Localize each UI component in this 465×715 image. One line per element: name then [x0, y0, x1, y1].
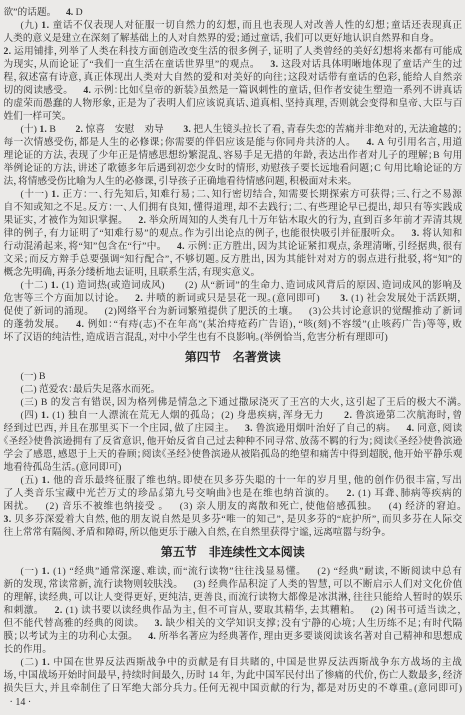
answer-line-text: 举例论证的方法，讲述了歌德多年后遇到初恋少女时的情形，劝慰孩子要长远地看问题；C…	[4, 163, 463, 174]
answer-line-text: 程，叙述富有诗意，真正体现出人类对大自然的爱和对美好的向往；这段对话带有童话的色…	[4, 72, 463, 83]
answer-line-text: (二) 范爱农：最后失足落水而死。	[20, 384, 155, 395]
answer-line-text: 2. 运用铺排，列举了人类在科技方面创造改变生活的很多例子，证明了人类曾经的美好…	[4, 46, 463, 57]
answer-line: 膜；以考试为主的功利心太强。 4. 所举名著应为经典著作，理由更多要谈阅读该名著…	[4, 630, 463, 643]
answer-line: 往上常常有隔阂、矛盾和障碍，所以他更乐于融入自然，在自然里获得宁谧，远离喧嚣与纷…	[4, 526, 463, 539]
answer-line-text: 切的阅读感受。 4. 示例：比如《皇帝的新装》虽然是一篇讽刺性的童话，但作者安徒…	[4, 85, 463, 96]
answer-line-text: (十一) 1. 正方：一、行先知后，知难行易；二、知行密切结合，知需要长期探索方…	[20, 189, 462, 200]
answer-block-5: (五) 1. 他的音乐最终征服了维也纳。即使在贝多芬失聪的十一年的岁月里，他的创…	[4, 474, 463, 539]
answer-line: (十) 1. B 2. 惊喜 安慰 劝导 3. 把人生镜头拉长了看，青春失恋的苦…	[4, 123, 463, 136]
answer-line-text: 学会了感恩，感恩于上天的眷顾；阅读《圣经》使鲁滨逊从被陷孤岛的绝望和痛苦中得到超…	[4, 449, 463, 460]
answer-line: 的蓬勃发展。 4. 例如：“有痔(志)不在年高”(某治痔疮药广告语)，“咳(刻)…	[4, 318, 463, 331]
answer-line-text: 的虚荣而愚蠢的人物形象，正是为了表明人们应该说真话、道真相、坚持真理，否则就会变…	[4, 98, 463, 109]
answer-line: 的虚荣而愚蠢的人物形象，正是为了表明人们应该说真话、道真相、坚持真理，否则就会变…	[4, 97, 463, 110]
answer-line: 欲”的话题。 4. D	[4, 6, 463, 19]
answer-line: 程，叙述富有诗意，真正体现出人类对大自然的爱和对美好的向往；这段对话带有童话的色…	[4, 71, 463, 84]
answer-key-page: 欲”的话题。 4. D (九) 1. 童话不仅表现人对征服一切自然力的幻想，而且…	[0, 0, 465, 715]
answer-line: 果证实，才被作为知识掌握。 2. 举众所周知的人类有几十万年钻木取火的行为，直到…	[4, 214, 463, 227]
answer-block-12: (十二) 1. (1) 造词热(或造词成风) (2) 从“新词”的生命力、造词成…	[4, 279, 463, 344]
answer-block-9: (九) 1. 童话不仅表现人对征服一切自然力的幻想，而且也表现人对改善人性的幻想…	[4, 19, 463, 123]
answer-line: (五) 1. 他的音乐最终征服了维也纳。即使在贝多芬失聪的十一年的岁月里，他的创…	[4, 474, 463, 487]
answer-line: 2. 运用铺排，列举了人类在科技方面创造改变生活的很多例子，证明了人类曾经的美好…	[4, 45, 463, 58]
answer-line-text: 促使了新词的涌现。 (2)网络平台为新词繁殖提供了肥沃的土壤。 (3)公共讨论意…	[4, 306, 463, 317]
answer-line: 人类的意义是建立在深刻了解基础上的人对自然界的爱；通过童话，我们可以更好地认识自…	[4, 32, 463, 45]
answer-line-text: 自不知或知之不足。反方：一、人们拥有良知，懂得道理，却不去践行；二、有些理论早已…	[4, 202, 463, 213]
answer-line-text: 的蓬勃发展。 4. 例如：“有痔(志)不在年高”(某治痔疮药广告语)，“咳(刻)…	[4, 319, 463, 330]
answer-line: 律的例子，有力证明了“知难行易”的观点。作为引出论点的例子，也能很快吸引并征服听…	[4, 227, 463, 240]
answer-block-1: (一) B	[4, 370, 463, 383]
answer-line: 举例论证的方法，讲述了歌德多年后遇到初恋少女时的情形，劝慰孩子要长远地看问题；C…	[4, 162, 463, 175]
answer-line: (一) B	[4, 370, 463, 383]
answer-line-text: 姓们一样可笑。	[4, 111, 67, 122]
answer-line-text: 的理解，读经典，可以让人变得更好，更纯洁，更善良，而流行读物大都像是冰淇淋，往往…	[4, 592, 463, 603]
answer-line-text: 但不能代替高雅的经典的阅读。 3. 缺少相关的文学知识支撑；没有宁静的心境；人生…	[4, 618, 463, 629]
answer-line: (二) 范爱农：最后失足落水而死。	[4, 383, 463, 396]
answer-line-text: 法，将情感受伤比喻为人生的必修课，引导孩子正确地看待情感问题，积极面对未来。	[4, 176, 353, 187]
answer-line-text: 3. 贝多芬深爱着大自然，他的朋友说自然是贝多芬“唯一的知己”，是贝多芬的“庇护…	[4, 514, 463, 525]
answer-line-text: 每一次情感受伤，都是人生的必修课；你需要的伴侣应该是能与你同舟共济的人。 4. …	[4, 137, 463, 148]
answer-line: 的理解，读经典，可以让人变得更好，更纯洁，更善良，而流行读物大都像是冰淇淋，往往…	[4, 591, 463, 604]
answer-line: (三) B 的发言有错误，因为格列佛是情急之下通过撒尿浇灭了王宫的大火，这引起了…	[4, 396, 463, 409]
answer-line-text: 地看待孤岛生活。(意同即可)	[4, 462, 122, 473]
answer-line: 理论证的方法，表现了少年正是情感思想纷繁混乱、容易手足无措的年龄，表达出作者对儿…	[4, 149, 463, 162]
answer-line: 损失巨大，并且牵制住了日军绝大部分兵力。任何无视中国贡献的行为，都是对历史的不尊…	[4, 682, 463, 695]
answer-line: 场，中国战场开始时间最早，持续时间最久，历时 14 年，为此中国军民付出了惨痛的…	[4, 669, 463, 682]
answer-line: (一) 1. (1) “经典”通常深邃、难读，而“流行读物”往往浅显易懂。 (2…	[4, 565, 463, 578]
answer-line: 促使了新词的涌现。 (2)网络平台为新词繁殖提供了肥沃的土壤。 (3)公共讨论意…	[4, 305, 463, 318]
answer-block-2: (二) 1. 中国在世界反法西斯战争中的贡献是有目共睹的，中国是世界反法西斯战争…	[4, 656, 463, 695]
answer-block-11: (十一) 1. 正方：一、行先知后，知难行易；二、知行密切结合，知需要长期探索方…	[4, 188, 463, 279]
answer-line-text: 文采；而反方辩手总要强调“知行配合”，不够切题。反方胜出，因为其能针对对方的弱点…	[4, 254, 463, 265]
answer-line-text: (二) 1. 中国在世界反法西斯战争中的贡献是有目共睹的，中国是世界反法西斯战争…	[20, 657, 462, 668]
answer-line-text: 行动混淆起来，将“知”包含在“行”中。 4. 示例：正方胜出，因为其论证紧扣观点…	[4, 241, 463, 252]
answer-line-text: 了人类音乐宝藏中光芒万丈的珍品。《第九号交响曲》也是在维也纳首演的。 2. (1…	[4, 488, 463, 499]
answer-line-text: (九) 1. 童话不仅表现人对征服一切自然力的幻想，而且也表现人对改善人性的幻想…	[20, 20, 462, 31]
answer-line-text: 律的例子，有力证明了“知难行易”的观点。作为引出论点的例子，也能很快吸引并征服听…	[4, 228, 463, 239]
page-number: · 14 ·	[4, 696, 463, 710]
answer-block-1: (一) 1. (1) “经典”通常深邃、难读，而“流行读物”往往浅显易懂。 (2…	[4, 565, 463, 656]
answer-line: 地看待孤岛生活。(意同即可)	[4, 461, 463, 474]
answer-line: 经到过巴西，并且在那里买下一个庄园，做了庄园主。 3. 鲁滨逊用烟叶治好了自己的…	[4, 422, 463, 435]
answer-line-text: 坏了汉语的纯洁性，造成语言混乱，对中小学生也有不良影响。(举例恰当，危害分析有理…	[4, 332, 388, 343]
answer-line: (十一) 1. 正方：一、行先知后，知难行易；二、知行密切结合，知需要长期探索方…	[4, 188, 463, 201]
answer-block-10: (十) 1. B 2. 惊喜 安慰 劝导 3. 把人生镜头拉长了看，青春失恋的苦…	[4, 123, 463, 188]
answer-line: 长的作用。	[4, 643, 463, 656]
answer-line-text: (一) 1. (1) “经典”通常深邃、难读，而“流行读物”往往浅显易懂。 (2…	[20, 566, 462, 577]
answer-line: 切的阅读感受。 4. 示例：比如《皇帝的新装》虽然是一篇讽刺性的童话，但作者安徒…	[4, 84, 463, 97]
answer-line-text: 经到过巴西，并且在那里买下一个庄园，做了庄园主。 3. 鲁滨逊用烟叶治好了自己的…	[4, 423, 463, 434]
answer-line-text: (五) 1. 他的音乐最终征服了维也纳。即使在贝多芬失聪的十一年的岁月里，他的创…	[20, 475, 462, 486]
answer-line-text: 和刺激。 2. (1) 读书要以读经典作品为主，但不可盲从，要取其精华，去其糟粕…	[4, 605, 463, 616]
answer-line: 行动混淆起来，将“知”包含在“行”中。 4. 示例：正方胜出，因为其论证紧扣观点…	[4, 240, 463, 253]
answer-block-2: (二) 范爱农：最后失足落水而死。	[4, 383, 463, 396]
answer-line-text: 往上常常有隔阂、矛盾和障碍，所以他更乐于融入自然，在自然里获得宁谧，远离喧嚣与纷…	[4, 527, 387, 538]
answer-line: (九) 1. 童话不仅表现人对征服一切自然力的幻想，而且也表现人对改善人性的幻想…	[4, 19, 463, 32]
answer-line-text: 概念先明确，再条分缕析地去证明，且联系生活，有现实意义。	[4, 267, 256, 278]
answer-line-text: 场，中国战场开始时间最早，持续时间最久，历时 14 年，为此中国军民付出了惨痛的…	[4, 670, 463, 681]
answer-block-continuation: 欲”的话题。 4. D	[4, 6, 463, 19]
answer-line: 法，将情感受伤比喻为人生的必修课，引导孩子正确地看待情感问题，积极面对未来。	[4, 175, 463, 188]
answer-line: 了人类音乐宝藏中光芒万丈的珍品。《第九号交响曲》也是在维也纳首演的。 2. (1…	[4, 487, 463, 500]
answer-line-text: 果证实，才被作为知识掌握。 2. 举众所周知的人类有几十万年钻木取火的行为，直到…	[4, 215, 463, 226]
answer-line: (四) 1. (1) 独自一人漂流在荒无人烟的孤岛； (2) 身患疾病，浑身无力…	[4, 409, 463, 422]
answer-line-text: 长的作用。	[4, 644, 48, 655]
answer-line: 姓们一样可笑。	[4, 110, 463, 123]
answer-line: 自不知或知之不足。反方：一、人们拥有良知，懂得道理，却不去践行；二、有些理论早已…	[4, 201, 463, 214]
answer-line: 困扰。 (2) 音乐不被维也纳接受 。 (3) 亲人朋友的离散和死亡，使他倍感孤…	[4, 500, 463, 513]
section-heading-classics: 第四节 名著赏读	[4, 344, 463, 370]
answer-line: 《圣经》使鲁滨逊拥有了反省意识，他开始反省自己过去种种不同寻常、放荡不羁的行为；…	[4, 435, 463, 448]
answer-line-text: 危害等三个方面加以讨论。 2. 井喷的新词或只是昙花一现。(意同即可) 3. (…	[4, 293, 463, 304]
answer-block-4: (四) 1. (1) 独自一人漂流在荒无人烟的孤岛； (2) 身患疾病，浑身无力…	[4, 409, 463, 474]
answer-line-text: 为现实，从而论证了“我们一直生活在童话世界里”的观点。 3. 这段对话具体明晰地…	[4, 59, 463, 70]
answer-line: 和刺激。 2. (1) 读书要以读经典作品为主，但不可盲从，要取其精华，去其糟粕…	[4, 604, 463, 617]
answer-line-text: 理论证的方法，表现了少年正是情感思想纷繁混乱、容易手足无措的年龄，表达出作者对儿…	[4, 150, 463, 161]
answer-line-text: (三) B 的发言有错误，因为格列佛是情急之下通过撒尿浇灭了王宫的大火，这引起了…	[20, 397, 462, 408]
section-heading-non-continuous-text: 第五节 非连续性文本阅读	[4, 539, 463, 565]
answer-line: 但不能代替高雅的经典的阅读。 3. 缺少相关的文学知识支撑；没有宁静的心境；人生…	[4, 617, 463, 630]
answer-line: (二) 1. 中国在世界反法西斯战争中的贡献是有目共睹的，中国是世界反法西斯战争…	[4, 656, 463, 669]
answer-line-text: 困扰。 (2) 音乐不被维也纳接受 。 (3) 亲人朋友的离散和死亡，使他倍感孤…	[4, 501, 463, 512]
answer-line-text: 《圣经》使鲁滨逊拥有了反省意识，他开始反省自己过去种种不同寻常、放荡不羁的行为；…	[4, 436, 463, 447]
answer-line: 新的发现，常读常新，流行读物则较肤浅。 (3) 经典作品积淀了人类的智慧，可以不…	[4, 578, 463, 591]
answer-line-text: 人类的意义是建立在深刻了解基础上的人对自然界的爱；通过童话，我们可以更好地认识自…	[4, 33, 435, 44]
answer-line: 概念先明确，再条分缕析地去证明，且联系生活，有现实意义。	[4, 266, 463, 279]
answer-line: 为现实，从而论证了“我们一直生活在童话世界里”的观点。 3. 这段对话具体明晰地…	[4, 58, 463, 71]
answer-line: 文采；而反方辩手总要强调“知行配合”，不够切题。反方胜出，因为其能针对对方的弱点…	[4, 253, 463, 266]
answer-line-text: 损失巨大，并且牵制住了日军绝大部分兵力。任何无视中国贡献的行为，都是对历史的不尊…	[4, 683, 463, 694]
answer-line-text: (一) B	[20, 371, 45, 382]
answer-line: 坏了汉语的纯洁性，造成语言混乱，对中小学生也有不良影响。(举例恰当，危害分析有理…	[4, 331, 463, 344]
answer-line: 每一次情感受伤，都是人生的必修课；你需要的伴侣应该是能与你同舟共济的人。 4. …	[4, 136, 463, 149]
answer-line-text: 新的发现，常读常新，流行读物则较肤浅。 (3) 经典作品积淀了人类的智慧，可以不…	[4, 579, 463, 590]
answer-line: (十二) 1. (1) 造词热(或造词成风) (2) 从“新词”的生命力、造词成…	[4, 279, 463, 292]
answer-line-text: (十) 1. B 2. 惊喜 安慰 劝导 3. 把人生镜头拉长了看，青春失恋的苦…	[20, 124, 462, 135]
answer-line: 学会了感恩，感恩于上天的眷顾；阅读《圣经》使鲁滨逊从被陷孤岛的绝望和痛苦中得到超…	[4, 448, 463, 461]
answer-line: 3. 贝多芬深爱着大自然，他的朋友说自然是贝多芬“唯一的知己”，是贝多芬的“庇护…	[4, 513, 463, 526]
answer-line-text: (十二) 1. (1) 造词热(或造词成风) (2) 从“新词”的生命力、造词成…	[20, 280, 462, 291]
answer-line-text: (四) 1. (1) 独自一人漂流在荒无人烟的孤岛； (2) 身患疾病，浑身无力…	[20, 410, 462, 421]
answer-line-text: 欲”的话题。 4. D	[4, 7, 83, 18]
answer-line: 危害等三个方面加以讨论。 2. 井喷的新词或只是昙花一现。(意同即可) 3. (…	[4, 292, 463, 305]
answer-block-3: (三) B 的发言有错误，因为格列佛是情急之下通过撒尿浇灭了王宫的大火，这引起了…	[4, 396, 463, 409]
answer-line-text: 膜；以考试为主的功利心太强。 4. 所举名著应为经典著作，理由更多要谈阅读该名著…	[4, 631, 463, 642]
